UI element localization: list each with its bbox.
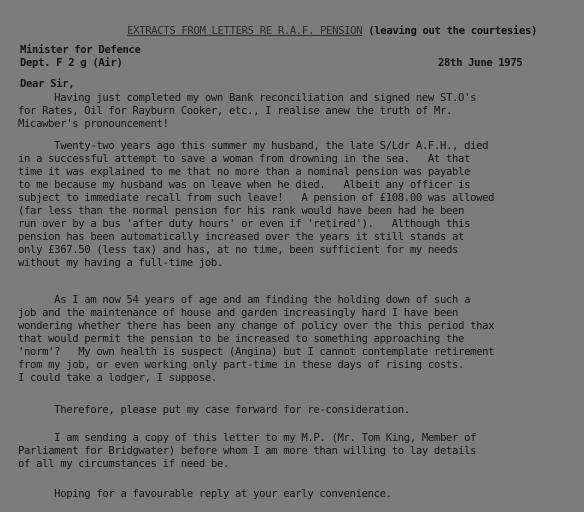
paragraph-line: subject to immediate recall from such le… bbox=[18, 192, 558, 205]
paragraph-line: Parliament for Bridgwater) before whom I… bbox=[18, 445, 558, 458]
paragraph-line: of all my circumstances if need be. bbox=[18, 458, 558, 471]
paragraph-line: without my having a full-time job. bbox=[18, 257, 558, 270]
paragraph-line: As I am now 54 years of age and am findi… bbox=[18, 294, 558, 307]
paragraph-line: Hoping for a favourable reply at your ea… bbox=[18, 488, 558, 501]
paragraph-line: pension has been automatically increased… bbox=[18, 231, 558, 244]
paragraph-line: to me because my husband was on leave wh… bbox=[18, 179, 558, 192]
paragraph-line: job and the maintenance of house and gar… bbox=[18, 307, 558, 320]
paragraph-line: for Rates, Oil for Rayburn Cooker, etc.,… bbox=[18, 105, 558, 118]
paragraph-6: Hoping for a favourable reply at your ea… bbox=[18, 488, 558, 501]
paragraph-line: 'norm'? My own health is suspect (Angina… bbox=[18, 346, 558, 359]
paragraph-line: only £367.50 (less tax) and has, at no t… bbox=[18, 244, 558, 257]
paragraph-4: Therefore, please put my case forward fo… bbox=[18, 404, 558, 417]
title-note: (leaving out the courtesies) bbox=[362, 25, 537, 37]
paragraph-2: Twenty-two years ago this summer my husb… bbox=[18, 140, 558, 270]
paragraph-line: wondering whether there has been any cha… bbox=[18, 320, 558, 333]
paragraph-line: from my job, or even working only part-t… bbox=[18, 359, 558, 372]
paragraph-line: I could take a lodger, I suppose. bbox=[18, 372, 558, 385]
salutation: Dear Sir, bbox=[20, 78, 74, 91]
letter-page: EXTRACTS FROM LETTERS RE R.A.F. PENSION … bbox=[0, 0, 584, 512]
title-heading: EXTRACTS FROM LETTERS RE R.A.F. PENSION bbox=[127, 25, 362, 37]
paragraph-line: run over by a bus 'after duty hours' or … bbox=[18, 218, 558, 231]
recipient-line-1: Minister for Defence bbox=[20, 44, 141, 57]
document-title: EXTRACTS FROM LETTERS RE R.A.F. PENSION … bbox=[103, 12, 537, 51]
paragraph-1: Having just completed my own Bank reconc… bbox=[18, 92, 558, 131]
paragraph-3: As I am now 54 years of age and am findi… bbox=[18, 294, 558, 385]
paragraph-line: I am sending a copy of this letter to my… bbox=[18, 432, 558, 445]
paragraph-line: in a successful attempt to save a woman … bbox=[18, 153, 558, 166]
paragraph-line: Having just completed my own Bank reconc… bbox=[18, 92, 558, 105]
paragraph-line: Twenty-two years ago this summer my husb… bbox=[18, 140, 558, 153]
paragraph-5: I am sending a copy of this letter to my… bbox=[18, 432, 558, 471]
letter-date: 28th June 1975 bbox=[438, 57, 522, 70]
paragraph-line: Therefore, please put my case forward fo… bbox=[18, 404, 558, 417]
recipient-line-2: Dept. F 2 g (Air) bbox=[20, 57, 122, 70]
paragraph-line: Micawber's pronouncement! bbox=[18, 118, 558, 131]
paragraph-line: (far less than the normal pension for hi… bbox=[18, 205, 558, 218]
paragraph-line: time it was explained to me that no more… bbox=[18, 166, 558, 179]
paragraph-line: that would permit the pension to be incr… bbox=[18, 333, 558, 346]
